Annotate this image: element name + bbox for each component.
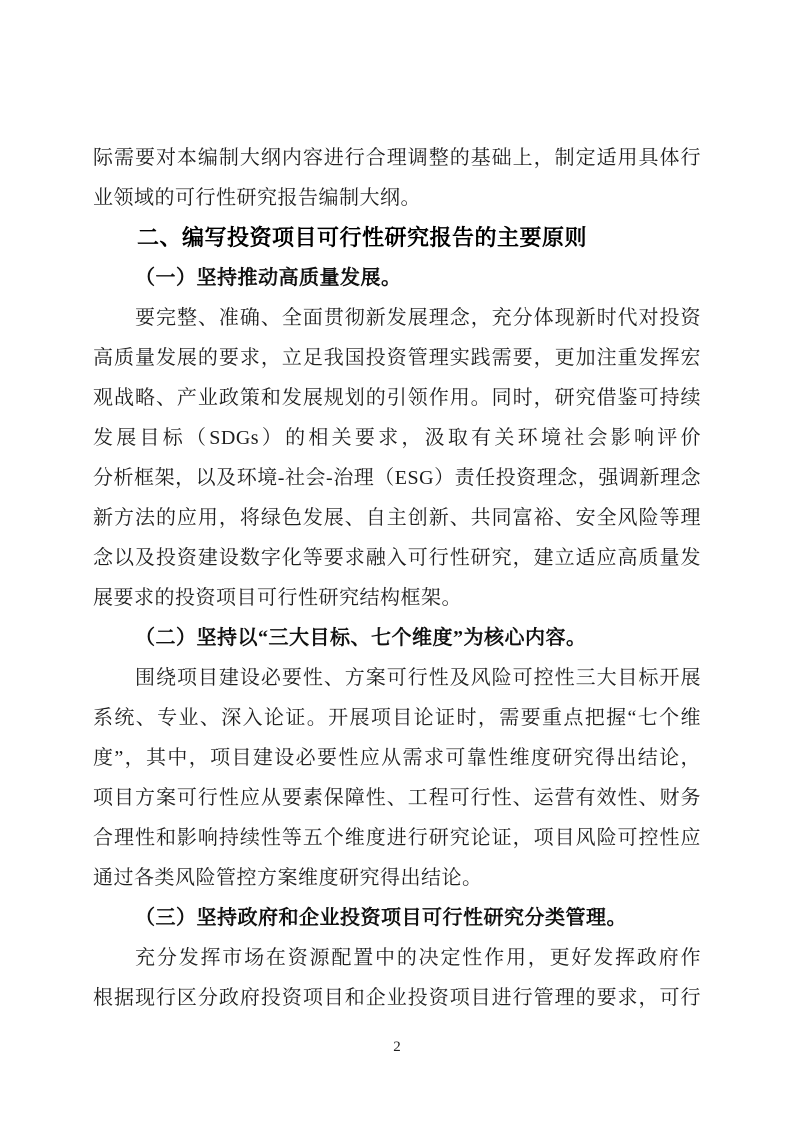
body-line: 充分发挥市场在资源配置中的决定性作用，更好发挥政府作用， [93, 938, 701, 978]
body-line: 项目方案可行性应从要素保障性、工程可行性、运营有效性、财务 [93, 778, 701, 818]
body-line: 高质量发展的要求，立足我国投资管理实践需要，更加注重发挥宏 [93, 338, 701, 378]
body-line: 合理性和影响持续性等五个维度进行研究论证，项目风险可控性应 [93, 818, 701, 858]
body-line: 系统、专业、深入论证。开展项目论证时，需要重点把握“七个维 [93, 698, 701, 738]
subsection-heading-1: （一）坚持推动高质量发展。 [93, 258, 701, 298]
body-line: 念以及投资建设数字化等要求融入可行性研究，建立适应高质量发 [93, 538, 701, 578]
subsection-heading-2: （二）坚持以“三大目标、七个维度”为核心内容。 [93, 618, 701, 658]
body-line: 要完整、准确、全面贯彻新发展理念，充分体现新时代对投资 [93, 298, 701, 338]
body-line: 根据现行区分政府投资项目和企业投资项目进行管理的要求，可行 [93, 978, 701, 1018]
body-line: 度”，其中，项目建设必要性应从需求可靠性维度研究得出结论， [93, 738, 701, 778]
page-content: 际需要对本编制大纲内容进行合理调整的基础上，制定适用具体行 业领域的可行性研究报… [93, 138, 701, 1018]
body-line: 展要求的投资项目可行性研究结构框架。 [93, 578, 701, 618]
body-line: 际需要对本编制大纲内容进行合理调整的基础上，制定适用具体行 [93, 138, 701, 178]
body-line: 通过各类风险管控方案维度研究得出结论。 [93, 858, 701, 898]
body-line: 分析框架，以及环境-社会-治理（ESG）责任投资理念，强调新理念 [93, 458, 701, 498]
section-heading: 二、编写投资项目可行性研究报告的主要原则 [93, 218, 701, 258]
body-line: 观战略、产业政策和发展规划的引领作用。同时，研究借鉴可持续 [93, 378, 701, 418]
body-line: 新方法的应用，将绿色发展、自主创新、共同富裕、安全风险等理 [93, 498, 701, 538]
body-line: 围绕项目建设必要性、方案可行性及风险可控性三大目标开展 [93, 658, 701, 698]
document-page: 际需要对本编制大纲内容进行合理调整的基础上，制定适用具体行 业领域的可行性研究报… [0, 0, 794, 1123]
body-line: 发展目标（SDGs）的相关要求，汲取有关环境社会影响评价（ESIA） [93, 418, 701, 458]
page-number: 2 [0, 1036, 794, 1058]
body-line: 业领域的可行性研究报告编制大纲。 [93, 178, 701, 218]
subsection-heading-3: （三）坚持政府和企业投资项目可行性研究分类管理。 [93, 898, 701, 938]
